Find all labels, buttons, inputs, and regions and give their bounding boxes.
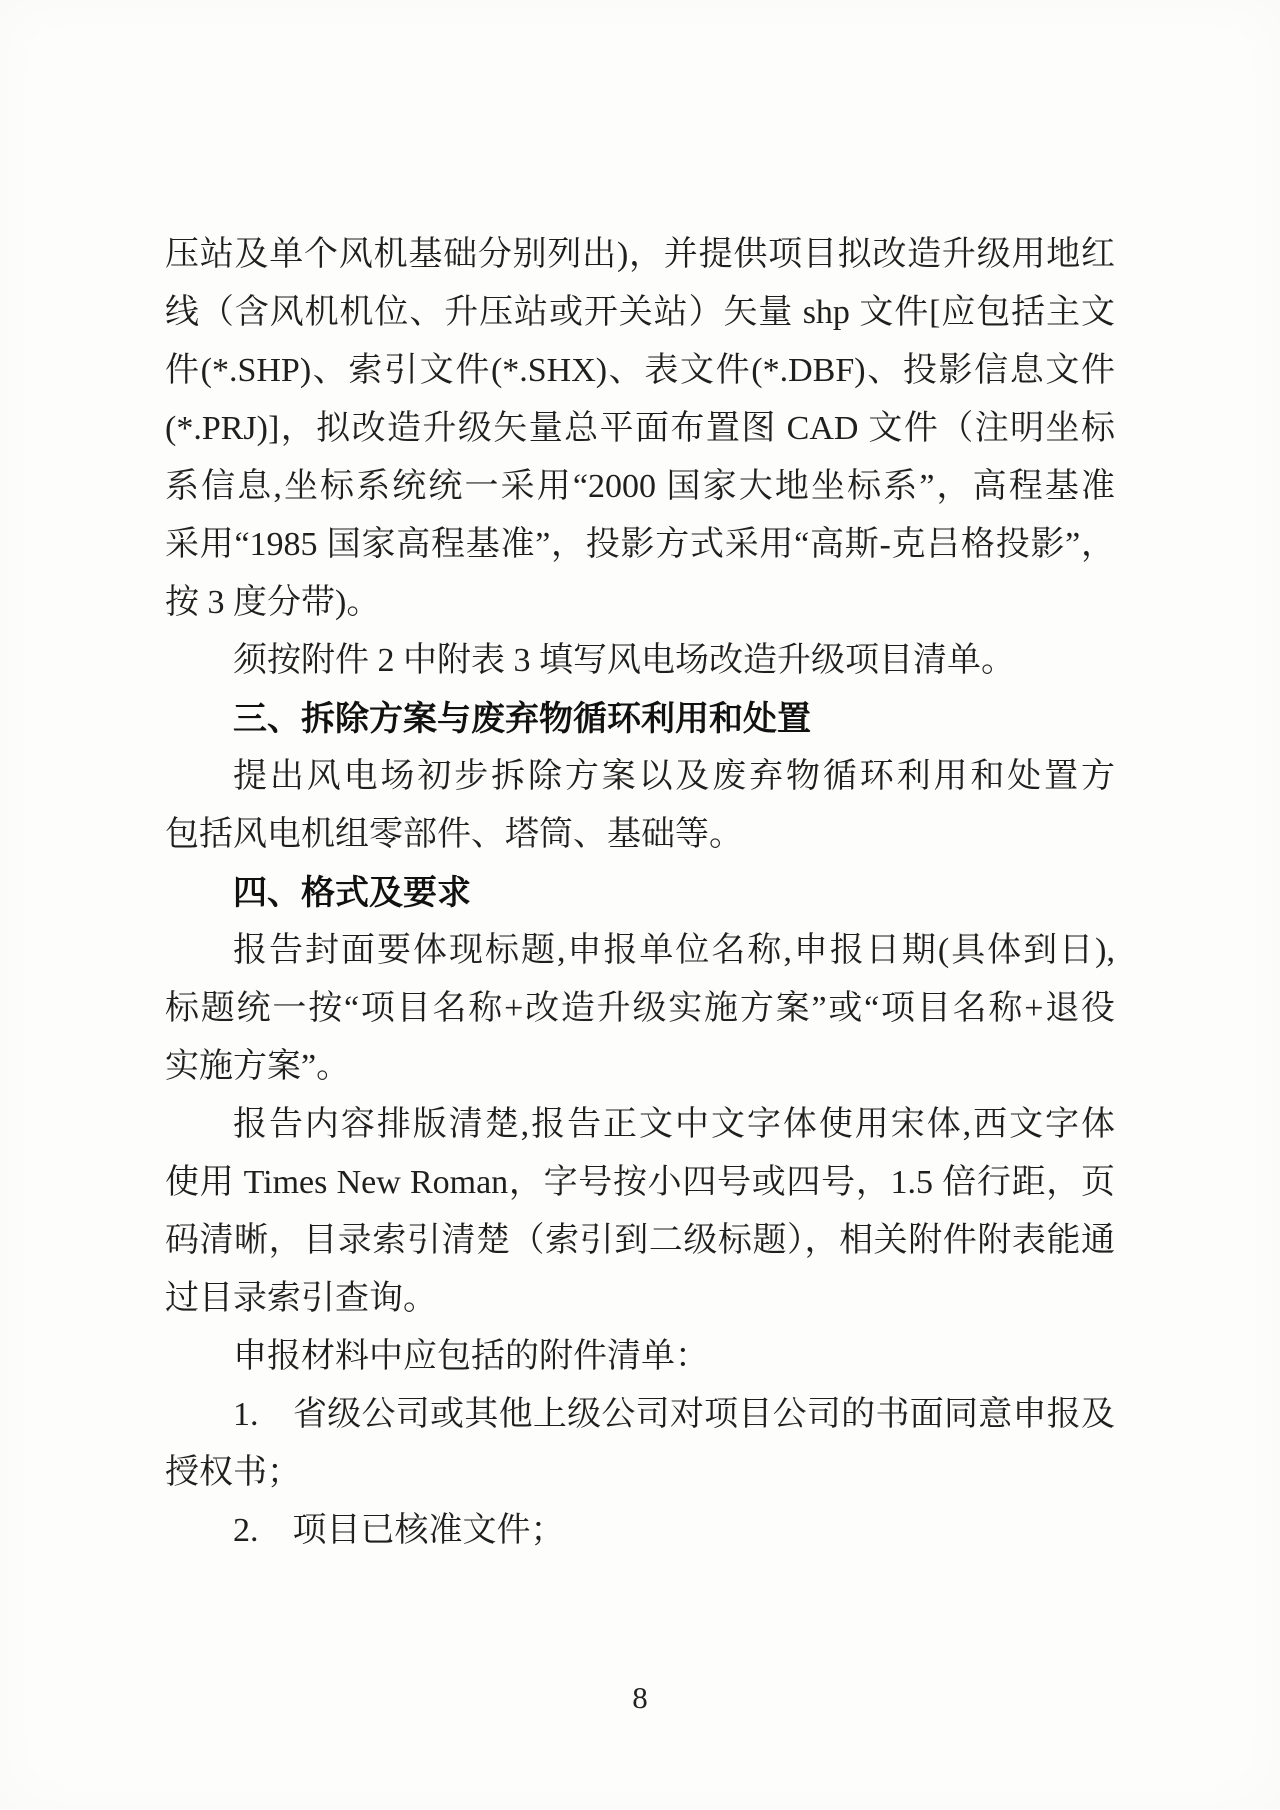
paragraph-first-line: 报告封面要体现标题,申报单位名称,申报日期(具体到日), bbox=[165, 922, 1115, 980]
paragraph-line: 线（含风机机位、升压站或开关站）矢量 shp 文件[应包括主文 bbox=[165, 284, 1115, 342]
section-heading-3: 三、拆除方案与废弃物循环利用和处置 bbox=[165, 690, 1115, 748]
paragraph-continuation-line: 压站及单个风机基础分别列出)，并提供项目拟改造升级用地红 bbox=[165, 226, 1115, 284]
paragraph-line: 使用 Times New Roman，字号按小四号或四号，1.5 倍行距，页 bbox=[165, 1154, 1115, 1212]
paragraph-first-line: 须按附件 2 中附表 3 填写风电场改造升级项目清单。 bbox=[165, 632, 1115, 690]
paragraph-line: 码清晰，目录索引清楚（索引到二级标题），相关附件附表能通 bbox=[165, 1212, 1115, 1270]
page-number: 8 bbox=[0, 1676, 1280, 1720]
paragraph-line: 采用“1985 国家高程基准”，投影方式采用“高斯-克吕格投影”， bbox=[165, 516, 1115, 574]
paragraph-last-line: 过目录索引查询。 bbox=[165, 1270, 1115, 1328]
section-heading-4: 四、格式及要求 bbox=[165, 864, 1115, 922]
paragraph-line: (*.PRJ)]，拟改造升级矢量总平面布置图 CAD 文件（注明坐标 bbox=[165, 400, 1115, 458]
attachment-list-intro-line: 申报材料中应包括的附件清单： bbox=[165, 1328, 1115, 1386]
paragraph-first-line: 报告内容排版清楚,报告正文中文字体使用宋体,西文字体 bbox=[165, 1096, 1115, 1154]
paragraph-last-line: 按 3 度分带)。 bbox=[165, 574, 1115, 632]
paragraph-last-line: 实施方案”。 bbox=[165, 1038, 1115, 1096]
document-body: 压站及单个风机基础分别列出)，并提供项目拟改造升级用地红 线（含风机机位、升压站… bbox=[165, 226, 1115, 1560]
paragraph-line: 系信息,坐标系统统一采用“2000 国家大地坐标系”，高程基准 bbox=[165, 458, 1115, 516]
numbered-item-1-last-line: 授权书； bbox=[165, 1444, 1115, 1502]
document-page: 压站及单个风机基础分别列出)，并提供项目拟改造升级用地红 线（含风机机位、升压站… bbox=[0, 0, 1280, 1810]
paragraph-line: 件(*.SHP)、索引文件(*.SHX)、表文件(*.DBF)、投影信息文件 bbox=[165, 342, 1115, 400]
numbered-item-2-line: 2. 项目已核准文件； bbox=[165, 1502, 1115, 1560]
paragraph-first-line: 提出风电场初步拆除方案以及废弃物循环利用和处置方案， bbox=[165, 748, 1115, 806]
paragraph-line: 标题统一按“项目名称+改造升级实施方案”或“项目名称+退役 bbox=[165, 980, 1115, 1038]
numbered-item-1-line: 1. 省级公司或其他上级公司对项目公司的书面同意申报及 bbox=[165, 1386, 1115, 1444]
paragraph-last-line: 包括风电机组零部件、塔筒、基础等。 bbox=[165, 806, 1115, 864]
